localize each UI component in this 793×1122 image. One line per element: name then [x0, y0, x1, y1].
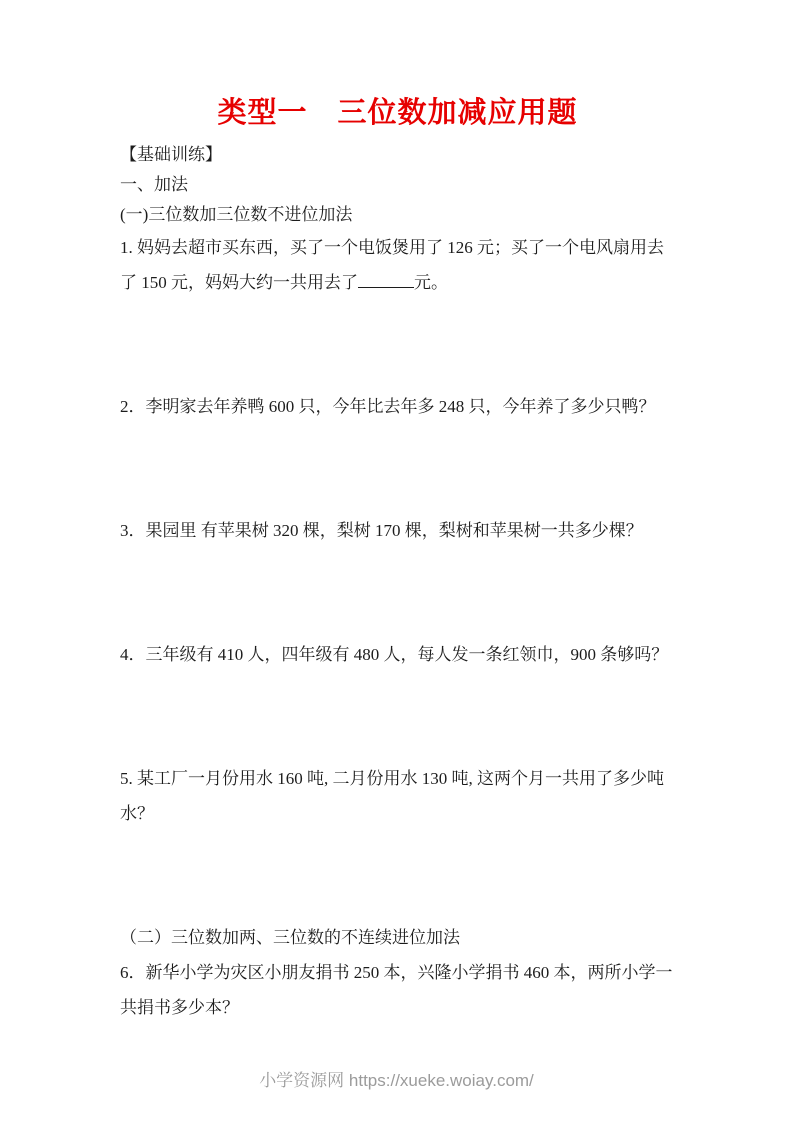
heading-section-addition: 一、加法	[120, 170, 675, 200]
problem-2: 2．李明家去年养鸭 600 只，今年比去年多 248 只，今年养了多少只鸭？	[120, 389, 675, 424]
heading-subsection-carry: （二）三位数加两、三位数的不连续进位加法	[120, 920, 675, 955]
problem-1-unit: 元。	[414, 273, 448, 292]
page-title: 类型一 三位数加减应用题	[120, 92, 675, 134]
problem-6: 6．新华小学为灾区小朋友捐书 250 本，兴隆小学捐书 460 本，两所小学一共…	[120, 955, 675, 1025]
problem-4: 4．三年级有 410 人，四年级有 480 人，每人发一条红领巾，900 条够吗…	[120, 637, 675, 672]
page-footer: 小学资源网 https://xueke.woiay.com/	[0, 1070, 793, 1092]
heading-basic-training: 【基础训练】	[120, 140, 675, 170]
problem-5: 5. 某工厂一月份用水 160 吨, 二月份用水 130 吨, 这两个月一共用了…	[120, 761, 675, 831]
heading-subsection-no-carry: (一)三位数加三位数不进位加法	[120, 200, 675, 230]
problem-1: 1. 妈妈去超市买东西，买了一个电饭煲用了 126 元；买了一个电风扇用去了 1…	[120, 230, 675, 300]
worksheet-page: 类型一 三位数加减应用题 【基础训练】 一、加法 (一)三位数加三位数不进位加法…	[0, 0, 793, 1122]
problem-3: 3．果园里 有苹果树 320 棵，梨树 170 棵，梨树和苹果树一共多少棵？	[120, 513, 675, 548]
answer-blank	[358, 270, 414, 288]
